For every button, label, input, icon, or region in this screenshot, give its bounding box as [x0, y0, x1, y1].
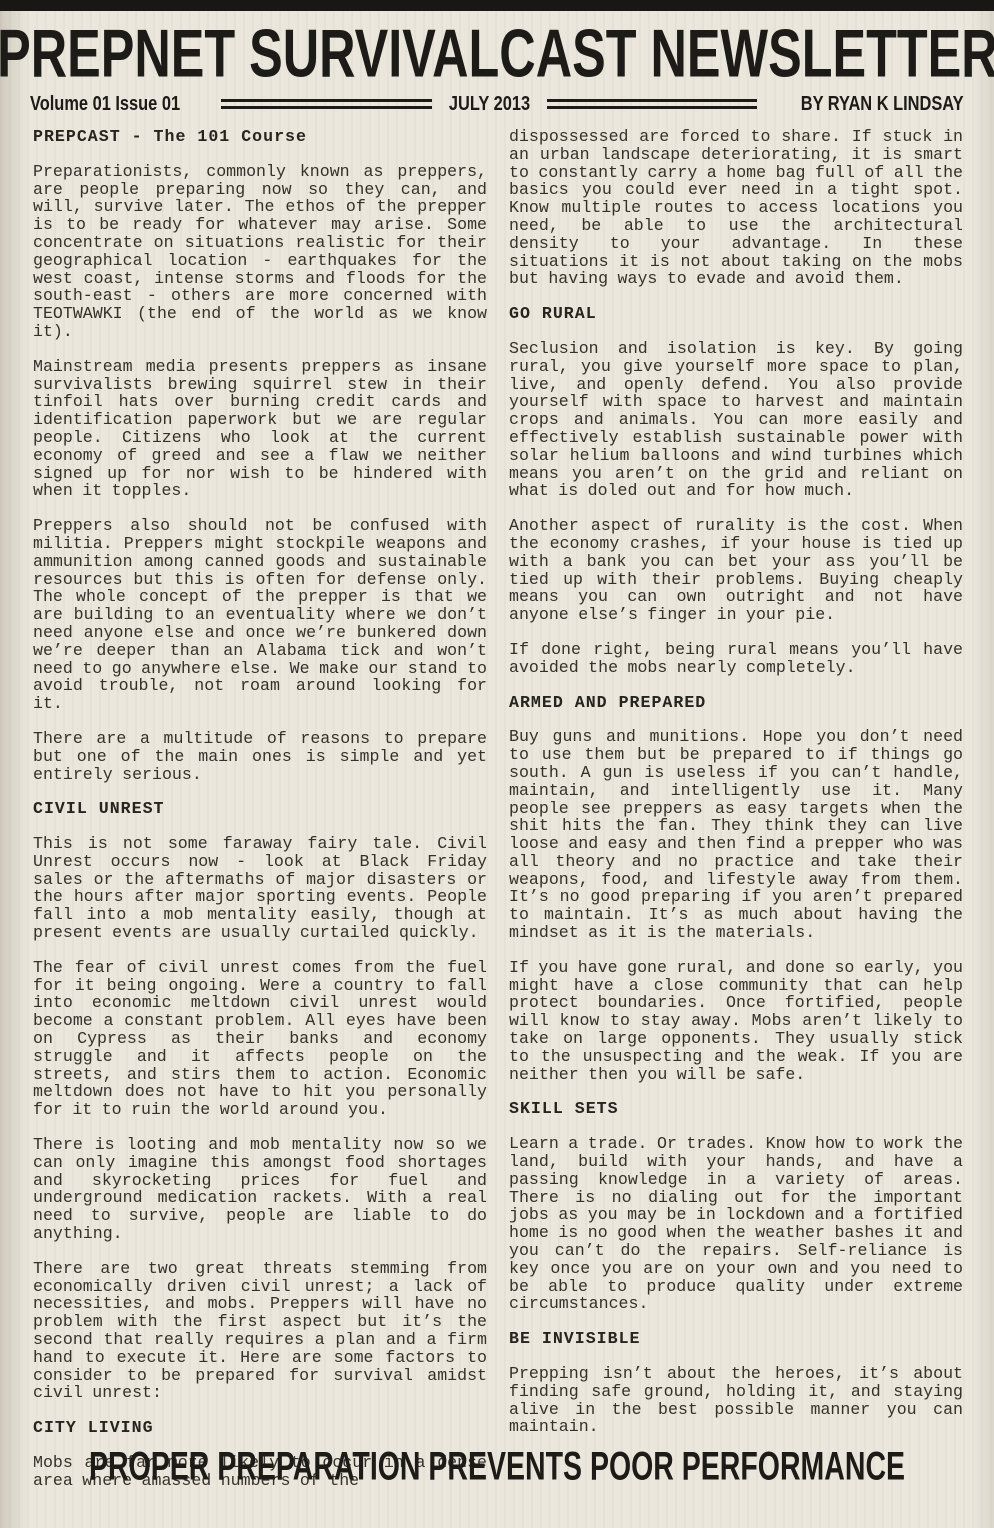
masthead-meta-row: Volume 01 Issue 01 JULY 2013 BY RYAN K L…	[30, 93, 964, 115]
masthead: PREPNET SURVIVALCAST NEWSLETTER Volume 0…	[0, 11, 994, 115]
section-heading: ARMED AND PREPARED	[509, 694, 963, 712]
section-heading: GO RURAL	[509, 305, 963, 323]
paragraph: Preppers also should not be confused wit…	[33, 517, 487, 713]
paragraph: There are two great threats stemming fro…	[33, 1260, 487, 1402]
section-heading: PREPCAST - The 101 Course	[33, 128, 487, 146]
issue-date-label: JULY 2013	[449, 94, 530, 114]
paragraph: There is looting and mob mentality now s…	[33, 1136, 487, 1243]
author-byline: BY RYAN K LINDSAY	[801, 94, 964, 114]
title-row: PREPNET SURVIVALCAST NEWSLETTER	[0, 11, 994, 89]
footer-banner: PROPER PREPARATION PREVENTS POOR PERFORM…	[0, 1448, 994, 1486]
volume-issue-label: Volume 01 Issue 01	[30, 94, 180, 114]
paragraph: Buy guns and munitions. Hope you don’t n…	[509, 728, 963, 942]
section-heading: CITY LIVING	[33, 1419, 487, 1437]
footer-slogan: PROPER PREPARATION PREVENTS POOR PERFORM…	[89, 1447, 905, 1487]
paragraph: This is not some faraway fairy tale. Civ…	[33, 835, 487, 942]
article-body: PREPCAST - The 101 CoursePreparationists…	[33, 128, 963, 1507]
section-heading: SKILL SETS	[509, 1100, 963, 1118]
paragraph: Another aspect of rurality is the cost. …	[509, 517, 963, 624]
paragraph: If done right, being rural means you’ll …	[509, 641, 963, 677]
paragraph: Preparationists, commonly known as prepp…	[33, 163, 487, 341]
newsletter-page: PREPNET SURVIVALCAST NEWSLETTER Volume 0…	[0, 0, 994, 1528]
paragraph: Mainstream media presents preppers as in…	[33, 358, 487, 500]
newsletter-title: PREPNET SURVIVALCAST NEWSLETTER	[0, 20, 994, 88]
paragraph: Seclusion and isolation is key. By going…	[509, 340, 963, 500]
paragraph: If you have gone rural, and done so earl…	[509, 959, 963, 1084]
left-column: PREPCAST - The 101 CoursePreparationists…	[33, 128, 487, 1507]
right-column: dispossessed are forced to share. If stu…	[509, 128, 963, 1507]
section-heading: CIVIL UNREST	[33, 800, 487, 818]
paragraph: There are a multitude of reasons to prep…	[33, 730, 487, 783]
double-rule-left	[221, 99, 432, 109]
top-black-bar	[0, 0, 994, 11]
paragraph: Learn a trade. Or trades. Know how to wo…	[509, 1135, 963, 1313]
section-heading: BE INVISIBLE	[509, 1330, 963, 1348]
paragraph: dispossessed are forced to share. If stu…	[509, 128, 963, 288]
paragraph: The fear of civil unrest comes from the …	[33, 959, 487, 1119]
paragraph: Prepping isn’t about the heroes, it’s ab…	[509, 1365, 963, 1436]
double-rule-right	[547, 99, 758, 109]
